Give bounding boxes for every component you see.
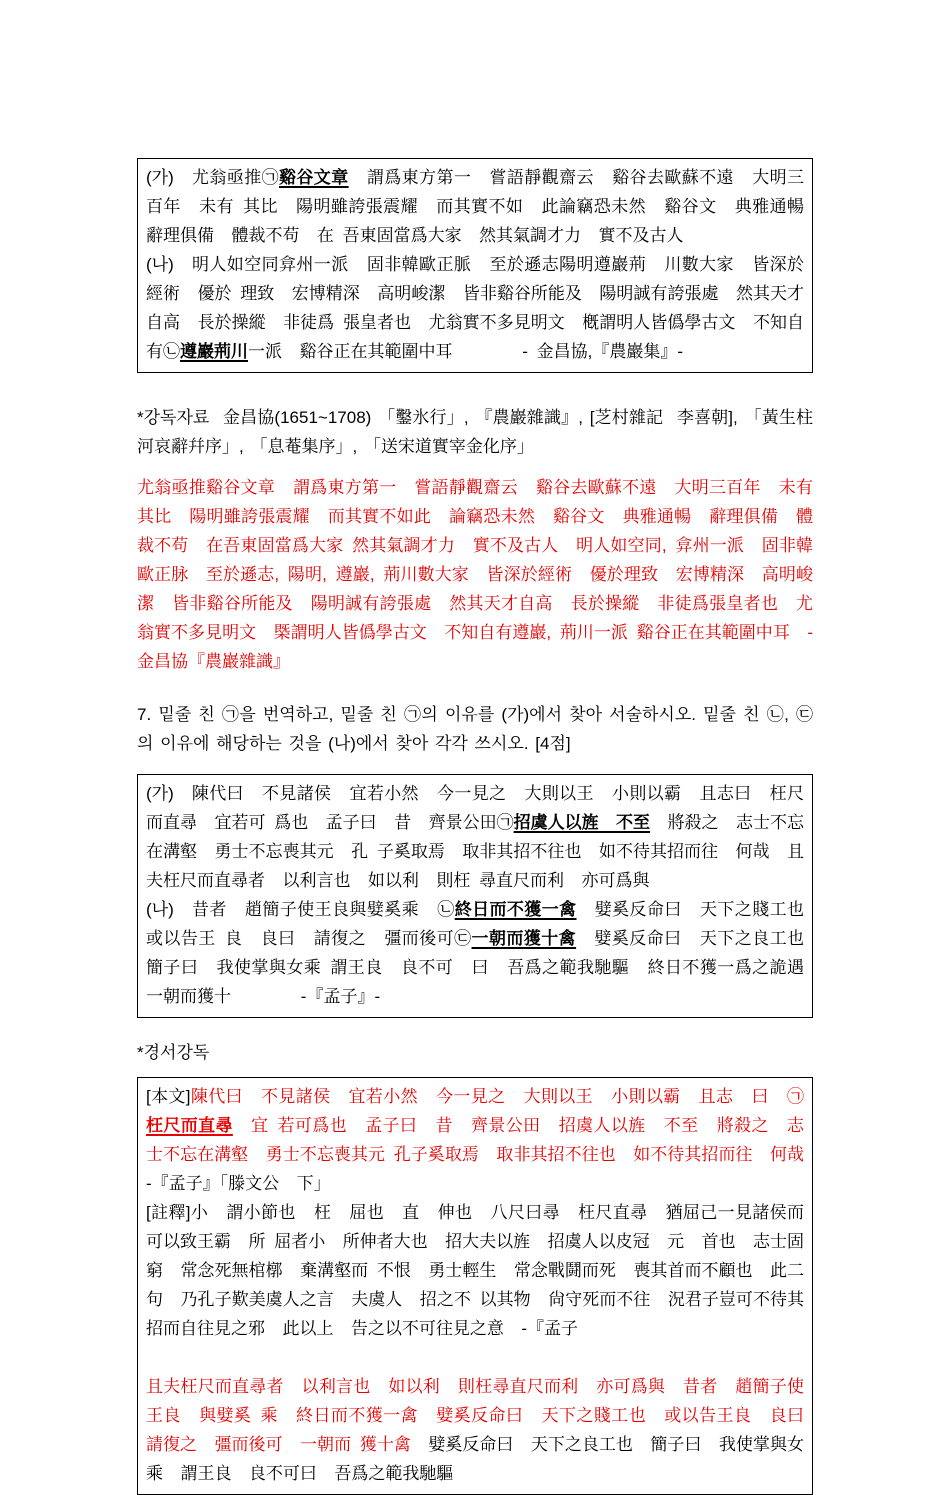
section-label-gyeongseo: *경서강독: [137, 1038, 813, 1067]
passage1-paragraph-na: (나) 明人如空同弇州一派 固非韓歐正脈 至於遜志陽明遵巖荊 川數大家 皆深於經…: [146, 250, 804, 366]
passage3-main-text: [本文]陳代曰 不見諸侯 宜若小然 今一見之 大則以王 小則以霸 且志 曰 ㉠枉…: [146, 1082, 804, 1198]
passage-box-2: (가) 陳代曰 不見諸侯 宜若小然 今一見之 大則以王 小則以霸 且志曰 枉尺而…: [137, 774, 813, 1018]
passage3-annotation-text: [註釋]小 謂小節也 枉 屈也 直 伸也 八尺曰尋 枉尺直尋 猶屈己一見諸侯而可…: [146, 1198, 804, 1343]
passage-box-1: (가) 尤翁亟推㉠谿谷文章 謂爲東方第一 嘗語靜觀齋云 谿谷去歐蘇不遠 大明三百…: [137, 158, 813, 373]
passage2-paragraph-na: (나) 昔者 趙簡子使王良與嬖奚乘 ㉡終日而不獲一禽 嬖奚反命曰 天下之賤工也 …: [146, 895, 804, 1011]
question-7-text: 7. 밑줄 친 ㉠을 번역하고, 밑줄 친 ㉠의 이유를 (가)에서 찾아 서술…: [137, 700, 813, 758]
annotated-reading-text-1: 尤翁亟推谿谷文章 謂爲東方第一 嘗語靜觀齋云 谿谷去歐蘇不遠 大明三百年 未有其…: [137, 473, 813, 676]
passage3-extra-reading-text: 且夫枉尺而直尋者 以利言也 如以利 則枉尋直尺而利 亦可爲與 昔者 趙簡子使王良…: [146, 1372, 804, 1488]
reading-material-list: *강독자료 金昌協(1651~1708) 「鑿氷行」, 『農巖雜識』, [芝村雜…: [137, 403, 813, 461]
passage2-paragraph-ga: (가) 陳代曰 不見諸侯 宜若小然 今一見之 大則以王 小則以霸 且志曰 枉尺而…: [146, 779, 804, 895]
passage-box-3: [本文]陳代曰 不見諸侯 宜若小然 今一見之 大則以王 小則以霸 且志 曰 ㉠枉…: [137, 1077, 813, 1495]
passage1-paragraph-ga: (가) 尤翁亟推㉠谿谷文章 謂爲東方第一 嘗語靜觀齋云 谿谷去歐蘇不遠 大明三百…: [146, 163, 804, 250]
exam-document-page: (가) 尤翁亟推㉠谿谷文章 謂爲東方第一 嘗語靜觀齋云 谿谷去歐蘇不遠 大明三百…: [0, 0, 950, 1344]
